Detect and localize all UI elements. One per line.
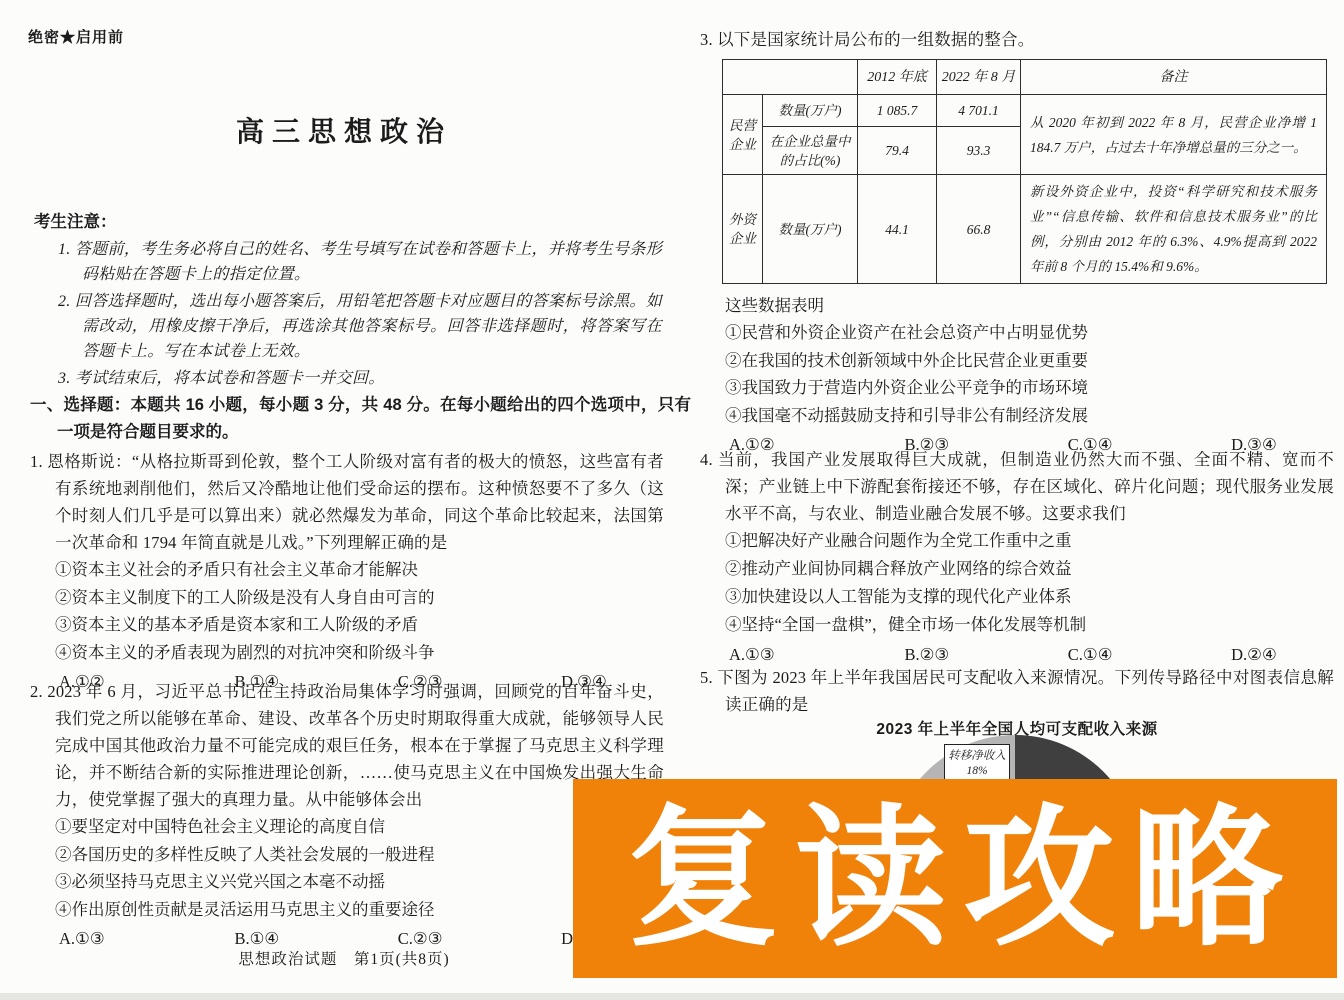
private-qty-2022: 4 701.1 xyxy=(937,95,1021,127)
question-4: 4. 当前，我国产业发展取得巨大成就，但制造业仍然大而不强、全面不精、宽而不深；… xyxy=(700,446,1334,668)
private-note: 从 2020 年初到 2022 年 8 月，民营企业净增 1 184.7 万户，… xyxy=(1021,95,1327,175)
page-title: 高三思想政治 xyxy=(28,110,660,150)
promo-banner-text: 复读攻略 xyxy=(611,803,1299,955)
question-2: 2. 2023 年 6 月，习近平总书记在主持政治局集体学习时强调，回顾党的百年… xyxy=(30,678,664,952)
private-share-2022: 93.3 xyxy=(937,127,1021,175)
foreign-qty-2022: 66.8 xyxy=(937,175,1021,284)
question-1-options: ①资本主义社会的矛盾只有社会主义革命才能解决 ②资本主义制度下的工人阶级是没有人… xyxy=(30,556,664,666)
question-2-options: ①要坚定对中国特色社会主义理论的高度自信 ②各国历史的多样性反映了人类社会发展的… xyxy=(30,813,664,923)
option-2: ②资本主义制度下的工人阶级是没有人身自由可言的 xyxy=(55,584,664,612)
option-4: ④坚持“全国一盘棋”，健全市场一体化发展等机制 xyxy=(725,611,1334,639)
page-bottom-edge xyxy=(0,993,1344,1000)
notice-item-1: 1. 答题前，考生务必将自己的姓名、考生号填写在试卷和答题卡上，并将考生号条形码… xyxy=(34,237,662,287)
metric-quantity: 数量(万户) xyxy=(763,95,858,127)
option-4: ④资本主义的矛盾表现为剧烈的对抗冲突和阶级斗争 xyxy=(55,639,664,667)
pie-label-value: 18% xyxy=(945,764,1009,779)
table-row: 外资企业 数量(万户) 44.1 66.8 新设外资企业中，投资“科学研究和技术… xyxy=(723,175,1327,284)
question-3: 3. 以下是国家统计局公布的一组数据的整合。 2012 年底 2022 年 8 … xyxy=(700,26,1334,458)
foreign-enterprise-label: 外资企业 xyxy=(723,175,763,284)
option-4: ④我国毫不动摇鼓励支持和引导非公有制经济发展 xyxy=(725,402,1334,430)
question-3-stem: 这些数据表明 xyxy=(700,292,1334,319)
header-2022: 2022 年 8 月 xyxy=(937,60,1021,95)
private-enterprise-label: 民营企业 xyxy=(723,95,763,175)
page-footer: 思想政治试题 第1页(共8页) xyxy=(28,947,660,969)
question-4-text: 4. 当前，我国产业发展取得巨大成就，但制造业仍然大而不强、全面不精、宽而不深；… xyxy=(700,446,1334,527)
notice-item-3: 3. 考试结束后，将本试卷和答题卡一并交回。 xyxy=(34,366,662,391)
header-note: 备注 xyxy=(1021,60,1327,95)
exam-page: { "page": { "secret_label": "绝密★启用前", "t… xyxy=(0,0,1344,1000)
foreign-qty-2012: 44.1 xyxy=(858,175,937,284)
secret-label: 绝密★启用前 xyxy=(28,26,124,47)
option-1: ①资本主义社会的矛盾只有社会主义革命才能解决 xyxy=(55,556,664,584)
promo-banner: 复读攻略 xyxy=(573,779,1337,978)
question-5: 5. 下图为 2023 年上半年我国居民可支配收入来源情况。下列传导路径中对图表… xyxy=(700,664,1334,718)
header-2012: 2012 年底 xyxy=(858,60,937,95)
metric-share: 在企业总量中的占比(%) xyxy=(763,127,858,175)
option-3: ③加快建设以人工智能为支撑的现代化产业体系 xyxy=(725,583,1334,611)
statistics-table: 2012 年底 2022 年 8 月 备注 民营企业 数量(万户) 1 085.… xyxy=(722,59,1327,284)
pie-circle xyxy=(890,735,1140,780)
pie-chart xyxy=(890,735,1140,780)
question-5-text: 5. 下图为 2023 年上半年我国居民可支配收入来源情况。下列传导路径中对图表… xyxy=(700,664,1334,718)
private-qty-2012: 1 085.7 xyxy=(858,95,937,127)
notice-heading: 考生注意： xyxy=(34,210,662,235)
question-1-text: 1. 恩格斯说：“从格拉斯哥到伦敦，整个工人阶级对富有者的极大的愤怒，这些富有者… xyxy=(30,448,664,556)
question-3-intro: 3. 以下是国家统计局公布的一组数据的整合。 xyxy=(700,26,1334,53)
option-2: ②在我国的技术创新领域中外企比民营企业更重要 xyxy=(725,347,1334,375)
option-1: ①把解决好产业融合问题作为全党工作重中之重 xyxy=(725,527,1334,555)
table-row: 民营企业 数量(万户) 1 085.7 4 701.1 从 2020 年初到 2… xyxy=(723,95,1327,127)
question-1: 1. 恩格斯说：“从格拉斯哥到伦敦，整个工人阶级对富有者的极大的愤怒，这些富有者… xyxy=(30,448,664,695)
option-2: ②推动产业间协同耦合释放产业网络的综合效益 xyxy=(725,555,1334,583)
table-header-row: 2012 年底 2022 年 8 月 备注 xyxy=(723,60,1327,95)
foreign-note: 新设外资企业中，投资“科学研究和技术服务业”“信息传输、软件和信息技术服务业”的… xyxy=(1021,175,1327,284)
notice-item-2: 2. 回答选择题时，选出每小题答案后，用铅笔把答题卡对应题目的答案标号涂黑。如需… xyxy=(34,289,662,364)
header-empty-cell xyxy=(723,60,858,95)
option-3: ③我国致力于营造内外资企业公平竞争的市场环境 xyxy=(725,374,1334,402)
question-3-options: ①民营和外资企业资产在社会总资产中占明显优势 ②在我国的技术创新领域中外企比民营… xyxy=(700,319,1334,429)
private-share-2012: 79.4 xyxy=(858,127,937,175)
question-4-options: ①把解决好产业融合问题作为全党工作重中之重 ②推动产业间协同耦合释放产业网络的综… xyxy=(700,527,1334,639)
pie-label-text: 转移净收入 xyxy=(945,749,1009,764)
metric-quantity: 数量(万户) xyxy=(763,175,858,284)
candidate-notice: 考生注意： 1. 答题前，考生务必将自己的姓名、考生号填写在试卷和答题卡上，并将… xyxy=(34,210,662,391)
section-header: 一、选择题：本题共 16 小题，每小题 3 分，共 48 分。在每小题给出的四个… xyxy=(30,392,691,446)
option-1: ①民营和外资企业资产在社会总资产中占明显优势 xyxy=(725,319,1334,347)
option-3: ③资本主义的基本矛盾是资本家和工人阶级的矛盾 xyxy=(55,611,664,639)
question-2-text: 2. 2023 年 6 月，习近平总书记在主持政治局集体学习时强调，回顾党的百年… xyxy=(30,678,664,813)
